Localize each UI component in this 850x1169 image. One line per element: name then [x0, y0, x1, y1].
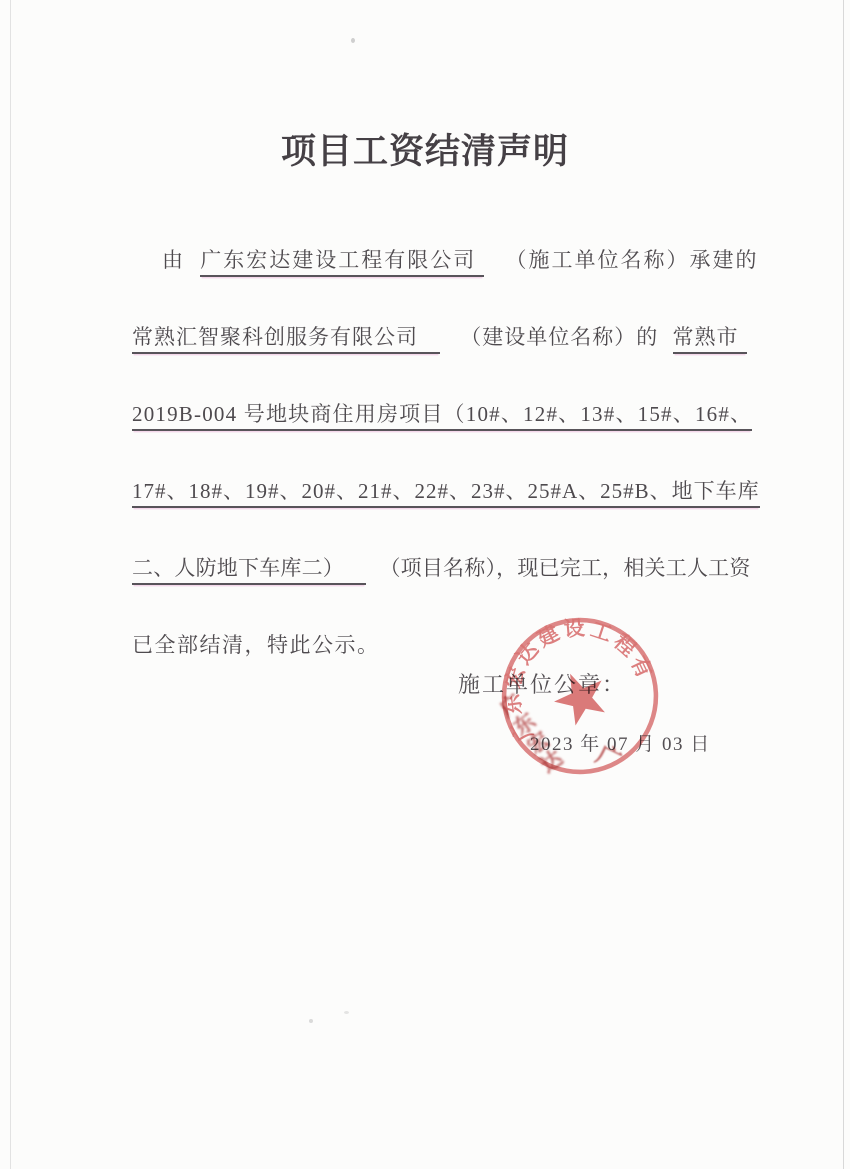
project-name-underlined-part3: 二、人防地下车库二）: [132, 556, 366, 585]
signature-label: 施工单位公章：: [458, 668, 626, 699]
scan-speck: [344, 1011, 349, 1014]
contractor-name-underlined: 广东宏达建设工程有限公司: [200, 248, 484, 277]
project-name-underlined-part2: 17#、18#、19#、20#、21#、22#、23#、25#A、25#B、地下…: [132, 479, 760, 508]
closing-sentence: 已全部结清，特此公示。: [132, 633, 380, 657]
body-line-6: 已全部结清，特此公示。: [132, 630, 744, 686]
scan-speck: [351, 38, 355, 43]
body-line-4: 17#、18#、19#、20#、21#、22#、23#、25#A、25#B、地下…: [132, 476, 744, 532]
signature-date: 2023 年 07 月 03 日: [530, 729, 711, 756]
scan-speck: [309, 1019, 313, 1023]
body-line-5: 二、人防地下车库二） （项目名称），现已完工，相关工人工资: [132, 553, 744, 609]
line5-tail: （项目名称），现已完工，相关工人工资: [379, 556, 750, 580]
document-body: 由 广东宏达建设工程有限公司 （施工单位名称）承建的 常熟汇智聚科创服务有限公司…: [132, 224, 744, 707]
line1-tail: （施工单位名称）承建的: [506, 248, 759, 272]
body-line-1: 由 广东宏达建设工程有限公司 （施工单位名称）承建的: [132, 245, 744, 301]
developer-name-underlined: 常熟汇智聚科创服务有限公司: [132, 325, 440, 354]
line1-lead: 由: [162, 248, 185, 272]
body-line-3: 2019B-004 号地块商住用房项目（10#、12#、13#、15#、16#、: [132, 399, 744, 455]
scan-edge-left: [10, 0, 11, 1169]
project-name-underlined-part1: 2019B-004 号地块商住用房项目（10#、12#、13#、15#、16#、: [132, 402, 752, 431]
city-name-underlined: 常熟市: [673, 325, 747, 354]
line2-middle: （建设单位名称）的: [460, 325, 658, 349]
scan-edge-right: [843, 0, 844, 1169]
document-title: 项目工资结清声明: [0, 124, 850, 174]
body-line-2: 常熟汇智聚科创服务有限公司 （建设单位名称）的 常熟市: [132, 322, 744, 378]
